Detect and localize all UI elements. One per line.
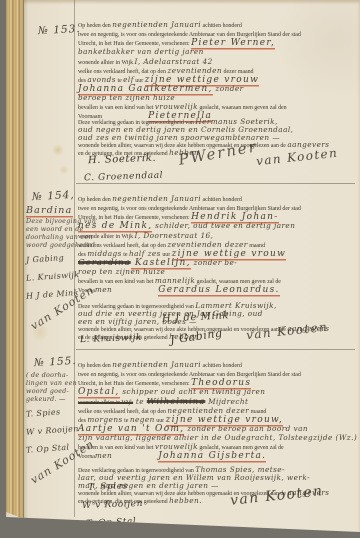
birth-record-entry-154: № 154, Bardina Deze bijvoeging vaneen wo… <box>6 186 360 349</box>
birth-record-entry-155: № 155. ( de doorha-lingen van eenwoord g… <box>6 352 360 538</box>
handwritten-text: zonder be- <box>191 258 237 267</box>
signature-witness2: J Gabing <box>169 326 223 346</box>
text-line: Deze verklaring gedaan in tegenwoordighe… <box>78 300 355 308</box>
text-line: Aartje van 't Oom, zonder beroep aan boo… <box>78 422 355 431</box>
margin-note-line: Deze bijvoeging van <box>26 218 76 226</box>
entry-number: № 155. <box>34 355 77 369</box>
margin-signature: J Gabing <box>26 252 77 264</box>
text-line: Op heden den negentienden Januari achtti… <box>78 192 355 201</box>
text-line: Johanna Gaaiketermen, zonder <box>78 82 355 91</box>
margin-signature: W v Rooijen <box>26 424 77 436</box>
handwritten-text: zonder <box>213 84 244 93</box>
signature-registrar: van Kooten <box>255 146 338 169</box>
margin-signature: L. Kruiswijk <box>26 270 77 282</box>
text-line: oud zes en twintig jaren spoorwegambtena… <box>78 132 355 140</box>
text-line: des morgens te negen uur zijne wettige v… <box>78 413 355 422</box>
paragraph-declaration: Op heden den negentienden Januari achtti… <box>78 358 355 459</box>
text-line: zijn vaartuig, liggende alhier in de Oud… <box>78 431 355 440</box>
signature-witness1: H. Soeterik. <box>88 153 157 166</box>
birth-record-entry-153: № 153. Op heden den negentienden Januari… <box>6 12 360 184</box>
signature-witness1: T. Spies <box>88 481 128 492</box>
signature-declarant: H J de Mink <box>162 310 230 324</box>
scanned-register-page: { "colors":{"page":"#eae2d1","desk":"#74… <box>0 0 360 538</box>
margin-note-line: doorhaling van een <box>26 234 76 242</box>
text-line: welke ons verklaard heeft, dat op den ne… <box>78 404 355 413</box>
printed-text: Voorna <box>78 454 95 460</box>
signature-area: H J de MinkL. KruiswijkJ Gabingvan Koote… <box>78 312 355 349</box>
text-line: Op heden den negentienden Januari achtti… <box>78 18 355 27</box>
text-line: twee en negentig, is voor ons ondergetee… <box>78 201 355 210</box>
margin-note-line: een woord en de <box>26 226 76 234</box>
handwritten-text: men <box>95 451 112 460</box>
signature-registrar: van Kooten <box>245 320 328 343</box>
margin-column: № 153. <box>26 12 76 42</box>
entry-separator-line <box>76 349 355 350</box>
signature-area: T. SpiesW v RooijenT. Op Stalvan Kooten <box>78 480 355 538</box>
text-line: twee en negentig, is voor ons ondergetee… <box>78 367 355 376</box>
text-line: des middags te half zes uur zijne wettig… <box>78 247 355 256</box>
signature-witness2: W v Rooijen <box>82 499 143 511</box>
text-line: VoornamenGerardus Leonardus. <box>78 283 355 292</box>
text-line: Utrecht, in het Huis der Gemeente, versc… <box>78 36 355 45</box>
margin-correction-name: Bardina <box>26 205 73 216</box>
margin-column: № 155. ( de doorha-lingen van eenwoord g… <box>26 352 76 475</box>
text-line: des avonds te elf uur zijne wettige vrou… <box>78 73 355 82</box>
text-line: nes de Mink, schilder, oud twee en derti… <box>78 219 355 228</box>
handwritten-text: men <box>95 285 112 294</box>
register-page: № 153. Op heden den negentienden Januari… <box>6 0 360 538</box>
margin-registrar-flourish: van Kooten <box>28 450 76 486</box>
text-line: Opstal, schipper oud acht en twintig jar… <box>78 385 355 394</box>
margin-note-line: lingen van een <box>26 380 76 388</box>
margin-note: ( de doorha-lingen van eenwoord goed-gek… <box>26 372 76 404</box>
text-line: laar, oud veertig jaren en Willem van Ro… <box>78 472 355 480</box>
text-line: wonende alhier in Wijk I, Adelaarstraat … <box>78 55 355 64</box>
margin-note: Deze bijvoeging vaneen woord en dedoorha… <box>26 218 76 250</box>
paragraph-declaration: Op heden den negentienden Januari achtti… <box>78 192 355 293</box>
text-line: Deze verklaring gedaan in tegenwoordighe… <box>78 464 355 472</box>
margin-column: № 154, Bardina Deze bijvoeging vaneen wo… <box>26 186 76 321</box>
text-line: bevallen is van een kind van het manneli… <box>78 274 355 283</box>
text-line: bevallen is van een kind van het vrouwel… <box>78 100 355 109</box>
margin-note-line: woord goed- <box>26 388 76 396</box>
text-line: wonende alhier in Wijk te Wilhelmina Mij… <box>78 395 355 404</box>
text-line: Gerardina Kastelijn, zonder be- <box>78 256 355 265</box>
text-line: welke ons verklaard heeft, dat op den ze… <box>78 64 355 73</box>
text-line: VoornamenJohanna Gijsberta. <box>78 449 355 458</box>
text-line: twee en negentig, is voor ons ondergetee… <box>78 27 355 36</box>
text-line: Deze verklaring gedaan in tegenwoordighe… <box>78 116 355 124</box>
margin-signatures: J GabingL. KruiswijkH J de Minkvan Koote… <box>26 254 76 321</box>
text-line: welke ons verklaard heeft, dat op den ze… <box>78 238 355 247</box>
paragraph-declaration: Op heden den negentienden Januari achtti… <box>78 18 355 119</box>
printed-text: Voorna <box>78 288 95 294</box>
margin-note-line: ( de doorha- <box>26 372 76 380</box>
text-line: Utrecht, in het Huis der Gemeente, versc… <box>78 376 355 385</box>
margin-note-line: gekeurd. — <box>26 396 76 404</box>
margin-signatures: T. SpiesW v RooijenT. Op Stalvan Kooten <box>26 408 76 475</box>
signature-area: H. Soeterik.PWernervan KootenC. Groenend… <box>78 148 355 184</box>
signature-witness2: C. Groenendaal <box>84 171 164 184</box>
margin-signature: T. Spies <box>26 406 77 418</box>
margin-note-line: woord goedgekeurd <box>26 242 76 250</box>
margin-registrar-flourish: van Kooten <box>28 296 76 332</box>
entry-number: № 153. <box>38 23 81 37</box>
text-line: oud negen en dertig jaren en Cornelis Gr… <box>78 124 355 132</box>
handwritten-name: Gerardus Leonardus. <box>158 285 279 295</box>
text-line: Op heden den negentienden Januari achtti… <box>78 358 355 367</box>
entry-number: № 154, <box>32 189 75 203</box>
signature-registrar: van Kooten <box>229 483 324 509</box>
signature-declarant: T. Op Stal <box>86 517 137 530</box>
signature-witness1: L. Kruiswijk <box>80 333 142 345</box>
handwritten-name: Johanna Gijsberta. <box>158 451 266 461</box>
text-line: Utrecht, in het Huis der Gemeente, versc… <box>78 210 355 219</box>
